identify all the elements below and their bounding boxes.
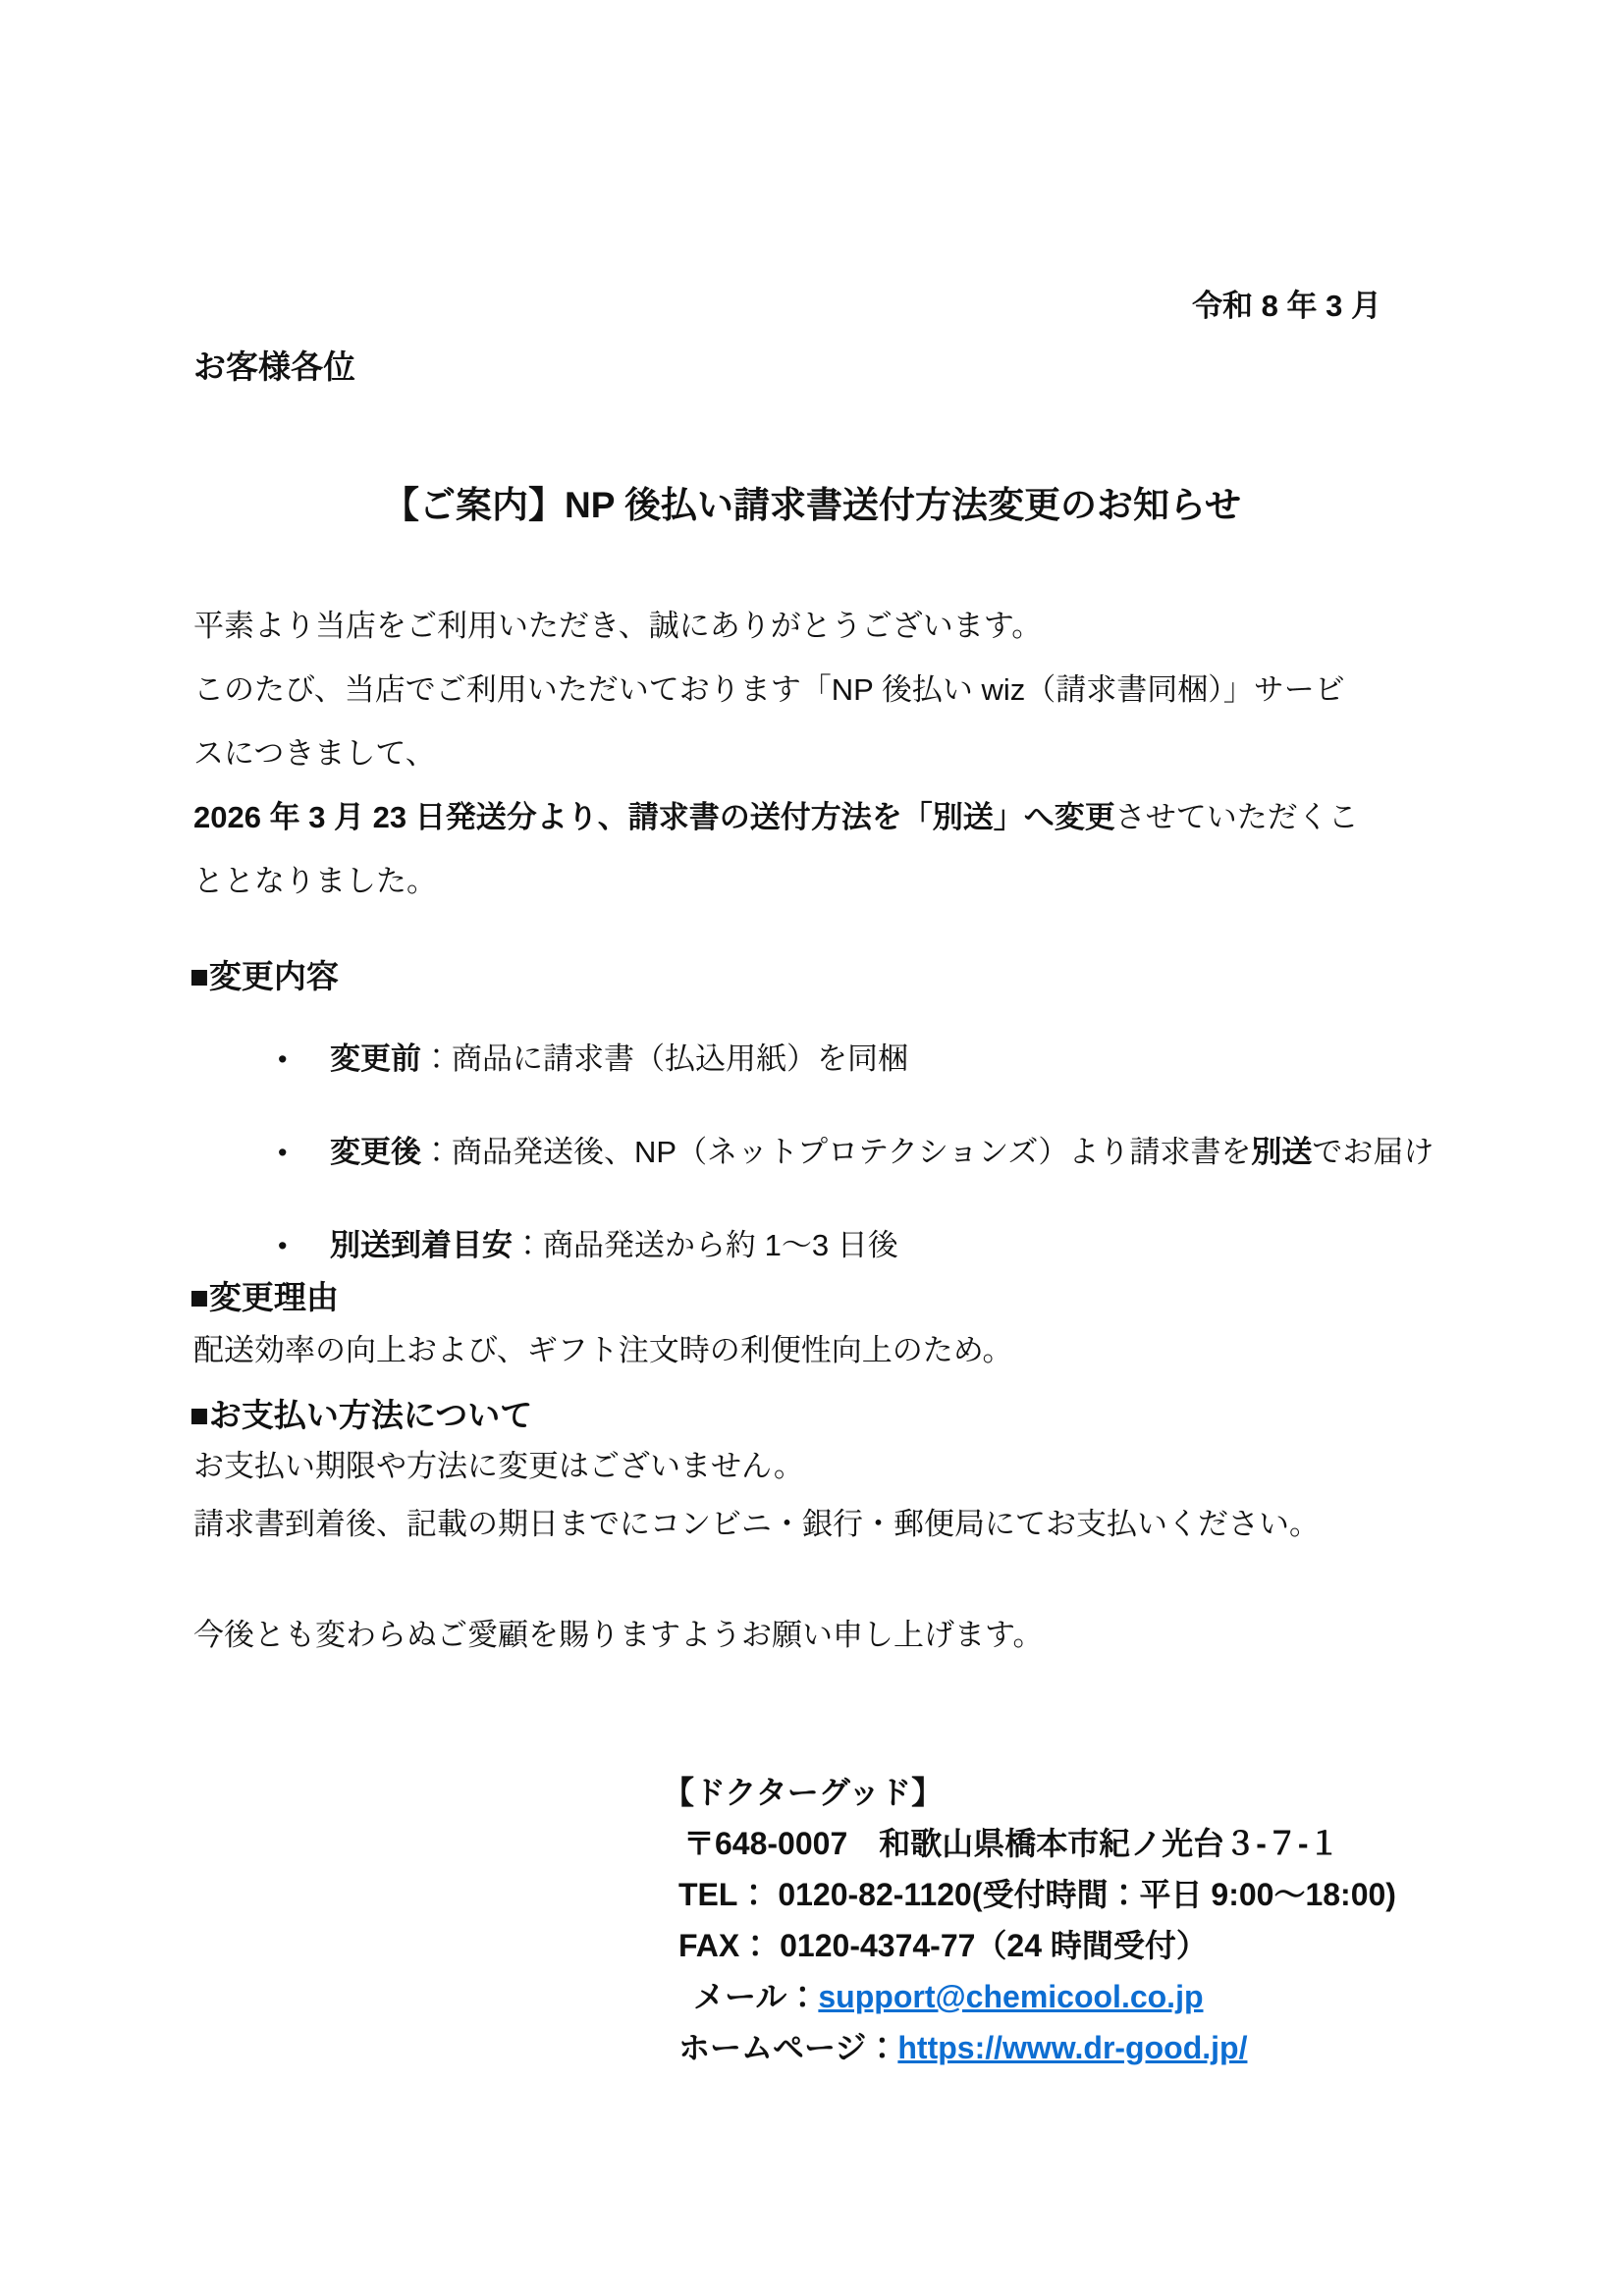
bullet-emphasis: 別送 [1251,1135,1312,1169]
payment-line-2: 請求書到着後、記載の期日までにコンビニ・銀行・郵便局にてお支払いください。 [193,1505,1320,1544]
bullet-label: 変更後 [330,1135,421,1169]
bullet-icon: • [278,1138,330,1168]
list-item-arrival-estimate: •別送到着目安：商品発送から約 1～3 日後 [278,1220,898,1264]
bullet-icon: • [278,1044,330,1075]
closing-line: 今後とも変わらぬご愛顧を賜りますようお願い申し上げます。 [193,1616,1044,1655]
company-name: 【ドクターグッド】 [663,1777,1396,1809]
email-label: メール： [693,1979,818,2014]
list-item-after-change: •変更後：商品発送後、NP（ネットプロテクションズ）より請求書を別送でお届け [278,1127,1434,1171]
company-email-line: メール：support@chemicool.co.jp [663,1981,1396,2013]
homepage-label: ホームページ： [678,2030,897,2065]
letter-page: 令和 8 年 3 月 お客様各位 【ご案内】NP 後払い請求書送付方法変更のお知… [0,0,1624,2296]
letter-date: 令和 8 年 3 月 [1192,281,1381,325]
bullet-label: 変更前 [330,1041,421,1076]
bullet-text-after: でお届け [1312,1135,1434,1169]
intro-line-5: ととなりました。 [193,862,437,901]
bullet-text: ：商品に請求書（払込用紙）を同梱 [421,1041,908,1076]
page-title: 【ご案内】NP 後払い請求書送付方法変更のお知らせ [0,475,1624,528]
intro-line-2: このたび、当店でご利用いただいております「NP 後払い wiz（請求書同梱）」サ… [193,670,1345,710]
company-tel: TEL： 0120-82-1120(受付時間：平日 9:00～18:00) [663,1879,1396,1911]
intro-line-4-rest: させていただくこ [1115,800,1359,834]
sender-info-block: 【ドクターグッド】 〒648-0007 和歌山県橋本市紀ノ光台３-７-１ TEL… [663,1777,1396,2083]
homepage-link[interactable]: https://www.dr-good.jp/ [897,2030,1247,2065]
bullet-icon: • [278,1231,330,1261]
bullet-text: ：商品発送後、NP（ネットプロテクションズ）より請求書を [421,1135,1251,1169]
payment-line-1: お支払い期限や方法に変更はございません。 [193,1447,804,1486]
intro-line-1: 平素より当店をご利用いただき、誠にありがとうございます。 [193,607,1042,646]
bullet-text: ：商品発送から約 1～3 日後 [513,1228,898,1262]
section-heading-reason: ■変更理由 [189,1272,339,1318]
bullet-label: 別送到着目安 [330,1228,513,1262]
list-item-before-change: •変更前：商品に請求書（払込用紙）を同梱 [278,1034,908,1078]
intro-line-4: 2026 年 3 月 23 日発送分より、請求書の送付方法を「別送」へ変更させて… [193,798,1359,837]
change-date-emphasis: 2026 年 3 月 23 日発送分より、請求書の送付方法を「別送」へ変更 [193,800,1115,834]
intro-line-3: スにつきまして、 [193,734,436,774]
recipient-line: お客様各位 [193,342,355,388]
company-address: 〒648-0007 和歌山県橋本市紀ノ光台３-７-１ [663,1828,1396,1860]
section-heading-payment: ■お支払い方法について [189,1390,532,1436]
company-homepage-line: ホームページ：https://www.dr-good.jp/ [663,2032,1396,2064]
email-link[interactable]: support@chemicool.co.jp [818,1979,1203,2014]
company-fax: FAX： 0120-4374-77（24 時間受付） [663,1930,1396,1962]
reason-text: 配送効率の向上および、ギフト注文時の利便性向上のため。 [193,1331,1013,1370]
section-heading-change-details: ■変更内容 [189,951,339,997]
